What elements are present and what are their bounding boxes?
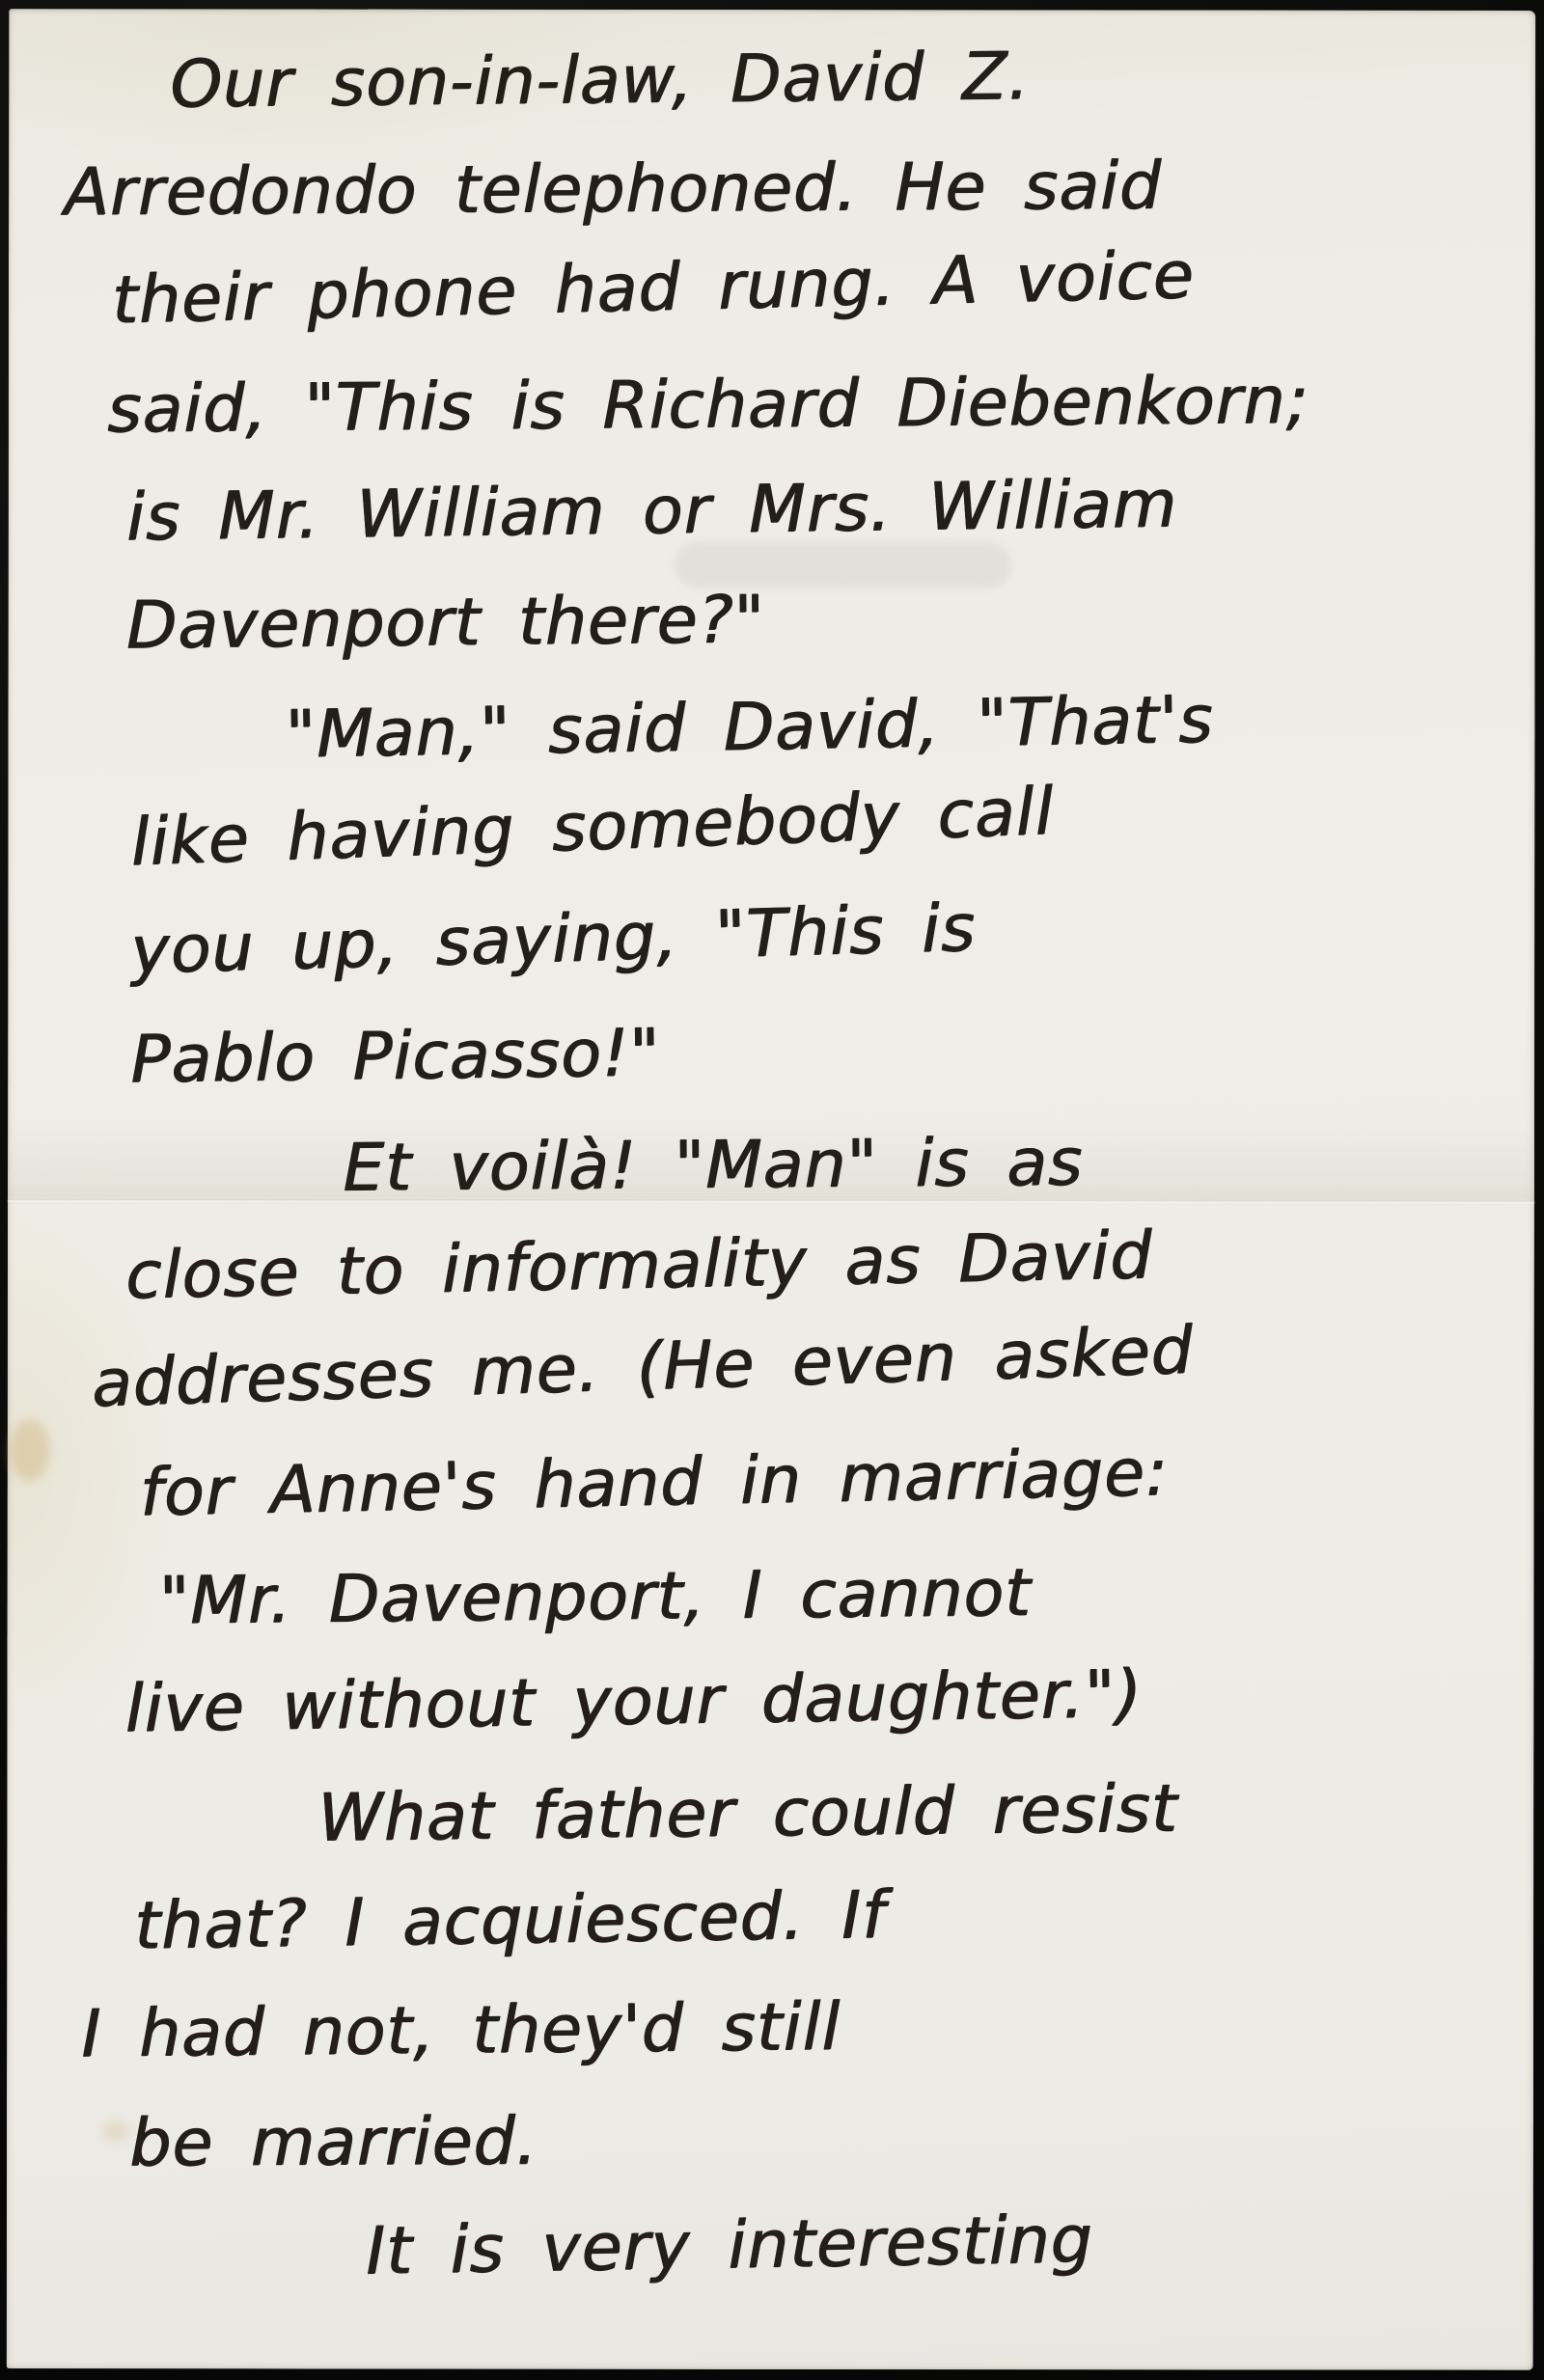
handwritten-line: is Mr. William or Mrs. William xyxy=(125,472,1177,551)
handwritten-line: Et voilà! "Man" is as xyxy=(343,1131,1084,1202)
handwritten-line: that? I acquiesced. If xyxy=(134,1883,886,1959)
handwritten-line: live without your daughter.") xyxy=(124,1662,1143,1742)
handwritten-line: What father could resist xyxy=(317,1777,1178,1852)
handwritten-line: "Man," said David, "That's xyxy=(285,688,1214,769)
handwritten-line: said, "This is Richard Diebenkorn; xyxy=(107,369,1310,444)
handwritten-line: It is very interesting xyxy=(365,2207,1093,2284)
handwritten-line: for Anne's hand in marriage: xyxy=(139,1440,1169,1526)
handwritten-line: addresses me. (He even asked xyxy=(91,1319,1195,1418)
letter-paper: Our son-in-law, David Z. Arredondo telep… xyxy=(7,9,1536,2370)
photo-background: Our son-in-law, David Z. Arredondo telep… xyxy=(0,0,1544,2380)
paper-stain xyxy=(103,2121,128,2141)
handwritten-line: be married. xyxy=(129,2110,538,2177)
handwritten-line: close to informality as David xyxy=(124,1223,1153,1309)
handwritten-line: you up, saying, "This is xyxy=(129,896,976,985)
handwritten-line: Arredondo telephoned. He said xyxy=(64,153,1162,226)
handwritten-line: Our son-in-law, David Z. xyxy=(170,44,1030,118)
handwritten-line: Davenport there?" xyxy=(125,588,765,659)
handwritten-line: Pablo Picasso!" xyxy=(130,1021,661,1093)
handwritten-line: "Mr. Davenport, I cannot xyxy=(158,1561,1032,1635)
handwritten-line: like having somebody call xyxy=(129,780,1055,876)
handwritten-line: their phone had rung. A voice xyxy=(111,243,1195,334)
handwritten-line: I had not, they'd still xyxy=(81,1995,841,2067)
paper-stain xyxy=(10,1419,50,1481)
